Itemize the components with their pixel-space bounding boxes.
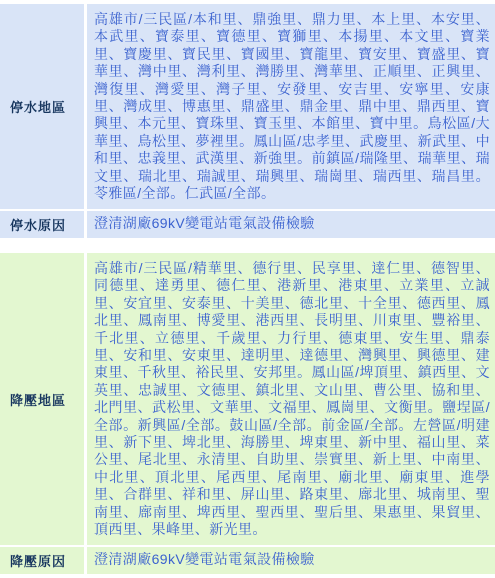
pressure-area-label: 降壓地區 <box>0 253 84 546</box>
table-row-stop-reason: 停水原因 澄清湖廠69kV變電站電氣設備檢驗 <box>0 211 495 237</box>
water-outage-notice-table: 停水地區 高雄市/三民區/本和里、鼎強里、鼎力里、本上里、本安里、本武里、寶泰里… <box>0 0 495 578</box>
stop-area-label: 停水地區 <box>0 4 84 209</box>
stop-reason-text: 澄清湖廠69kV變電站電氣設備檢驗 <box>87 211 495 237</box>
table-row-stop-area: 停水地區 高雄市/三民區/本和里、鼎強里、鼎力里、本上里、本安里、本武里、寶泰里… <box>0 4 495 209</box>
table-row-pressure-area: 降壓地區 高雄市/三民區/精華里、德行里、民享里、達仁里、德智里、同德里、達勇里… <box>0 253 495 546</box>
pressure-reason-label: 降壓原因 <box>0 547 84 573</box>
stop-reason-label: 停水原因 <box>0 211 84 237</box>
stop-area-text: 高雄市/三民區/本和里、鼎強里、鼎力里、本上里、本安里、本武里、寶泰里、寶德里、… <box>87 4 495 209</box>
pressure-reason-text: 澄清湖廠69kV變電站電氣設備檢驗 <box>87 547 495 573</box>
pressure-area-text: 高雄市/三民區/精華里、德行里、民享里、達仁里、德智里、同德里、達勇里、德仁里、… <box>87 253 495 546</box>
table-row-pressure-reason: 降壓原因 澄清湖廠69kV變電站電氣設備檢驗 <box>0 547 495 573</box>
